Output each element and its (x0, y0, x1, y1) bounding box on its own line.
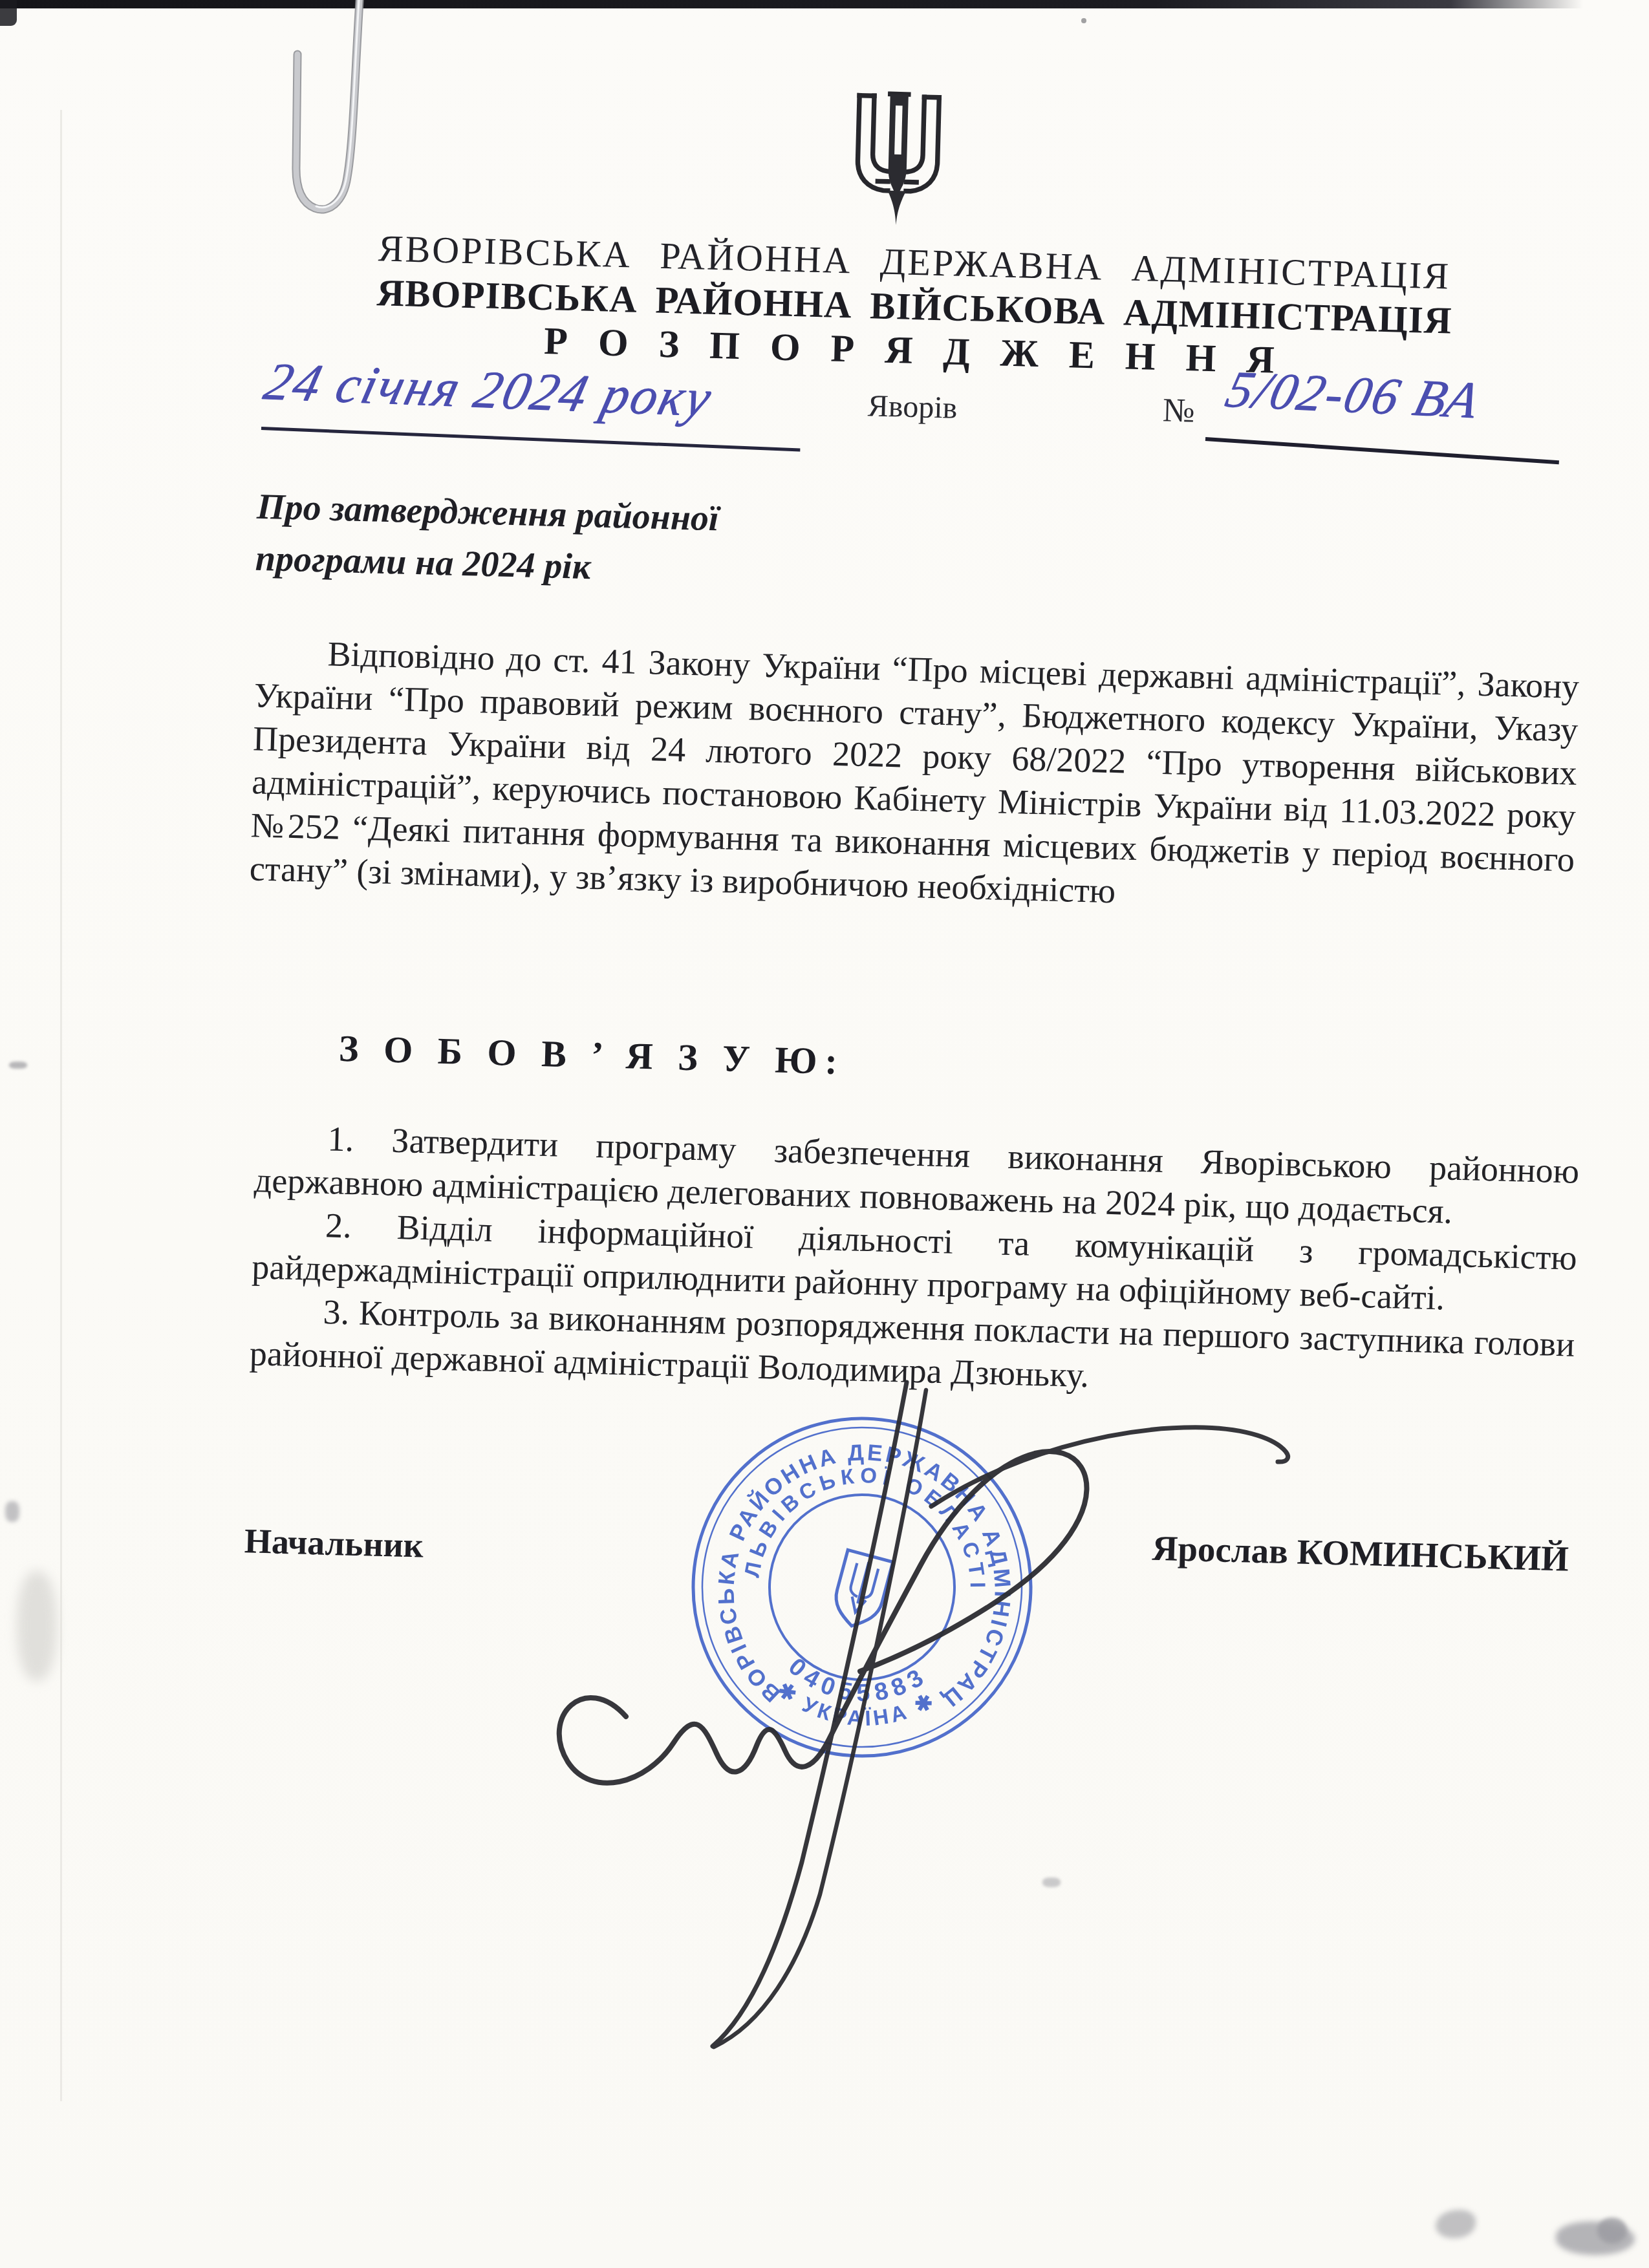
signature-ink (0, 0, 1649, 2268)
scanned-document-page: ЯВОРІВСЬКА РАЙОННА ДЕРЖАВНА АДМІНІСТРАЦІ… (0, 0, 1649, 2268)
